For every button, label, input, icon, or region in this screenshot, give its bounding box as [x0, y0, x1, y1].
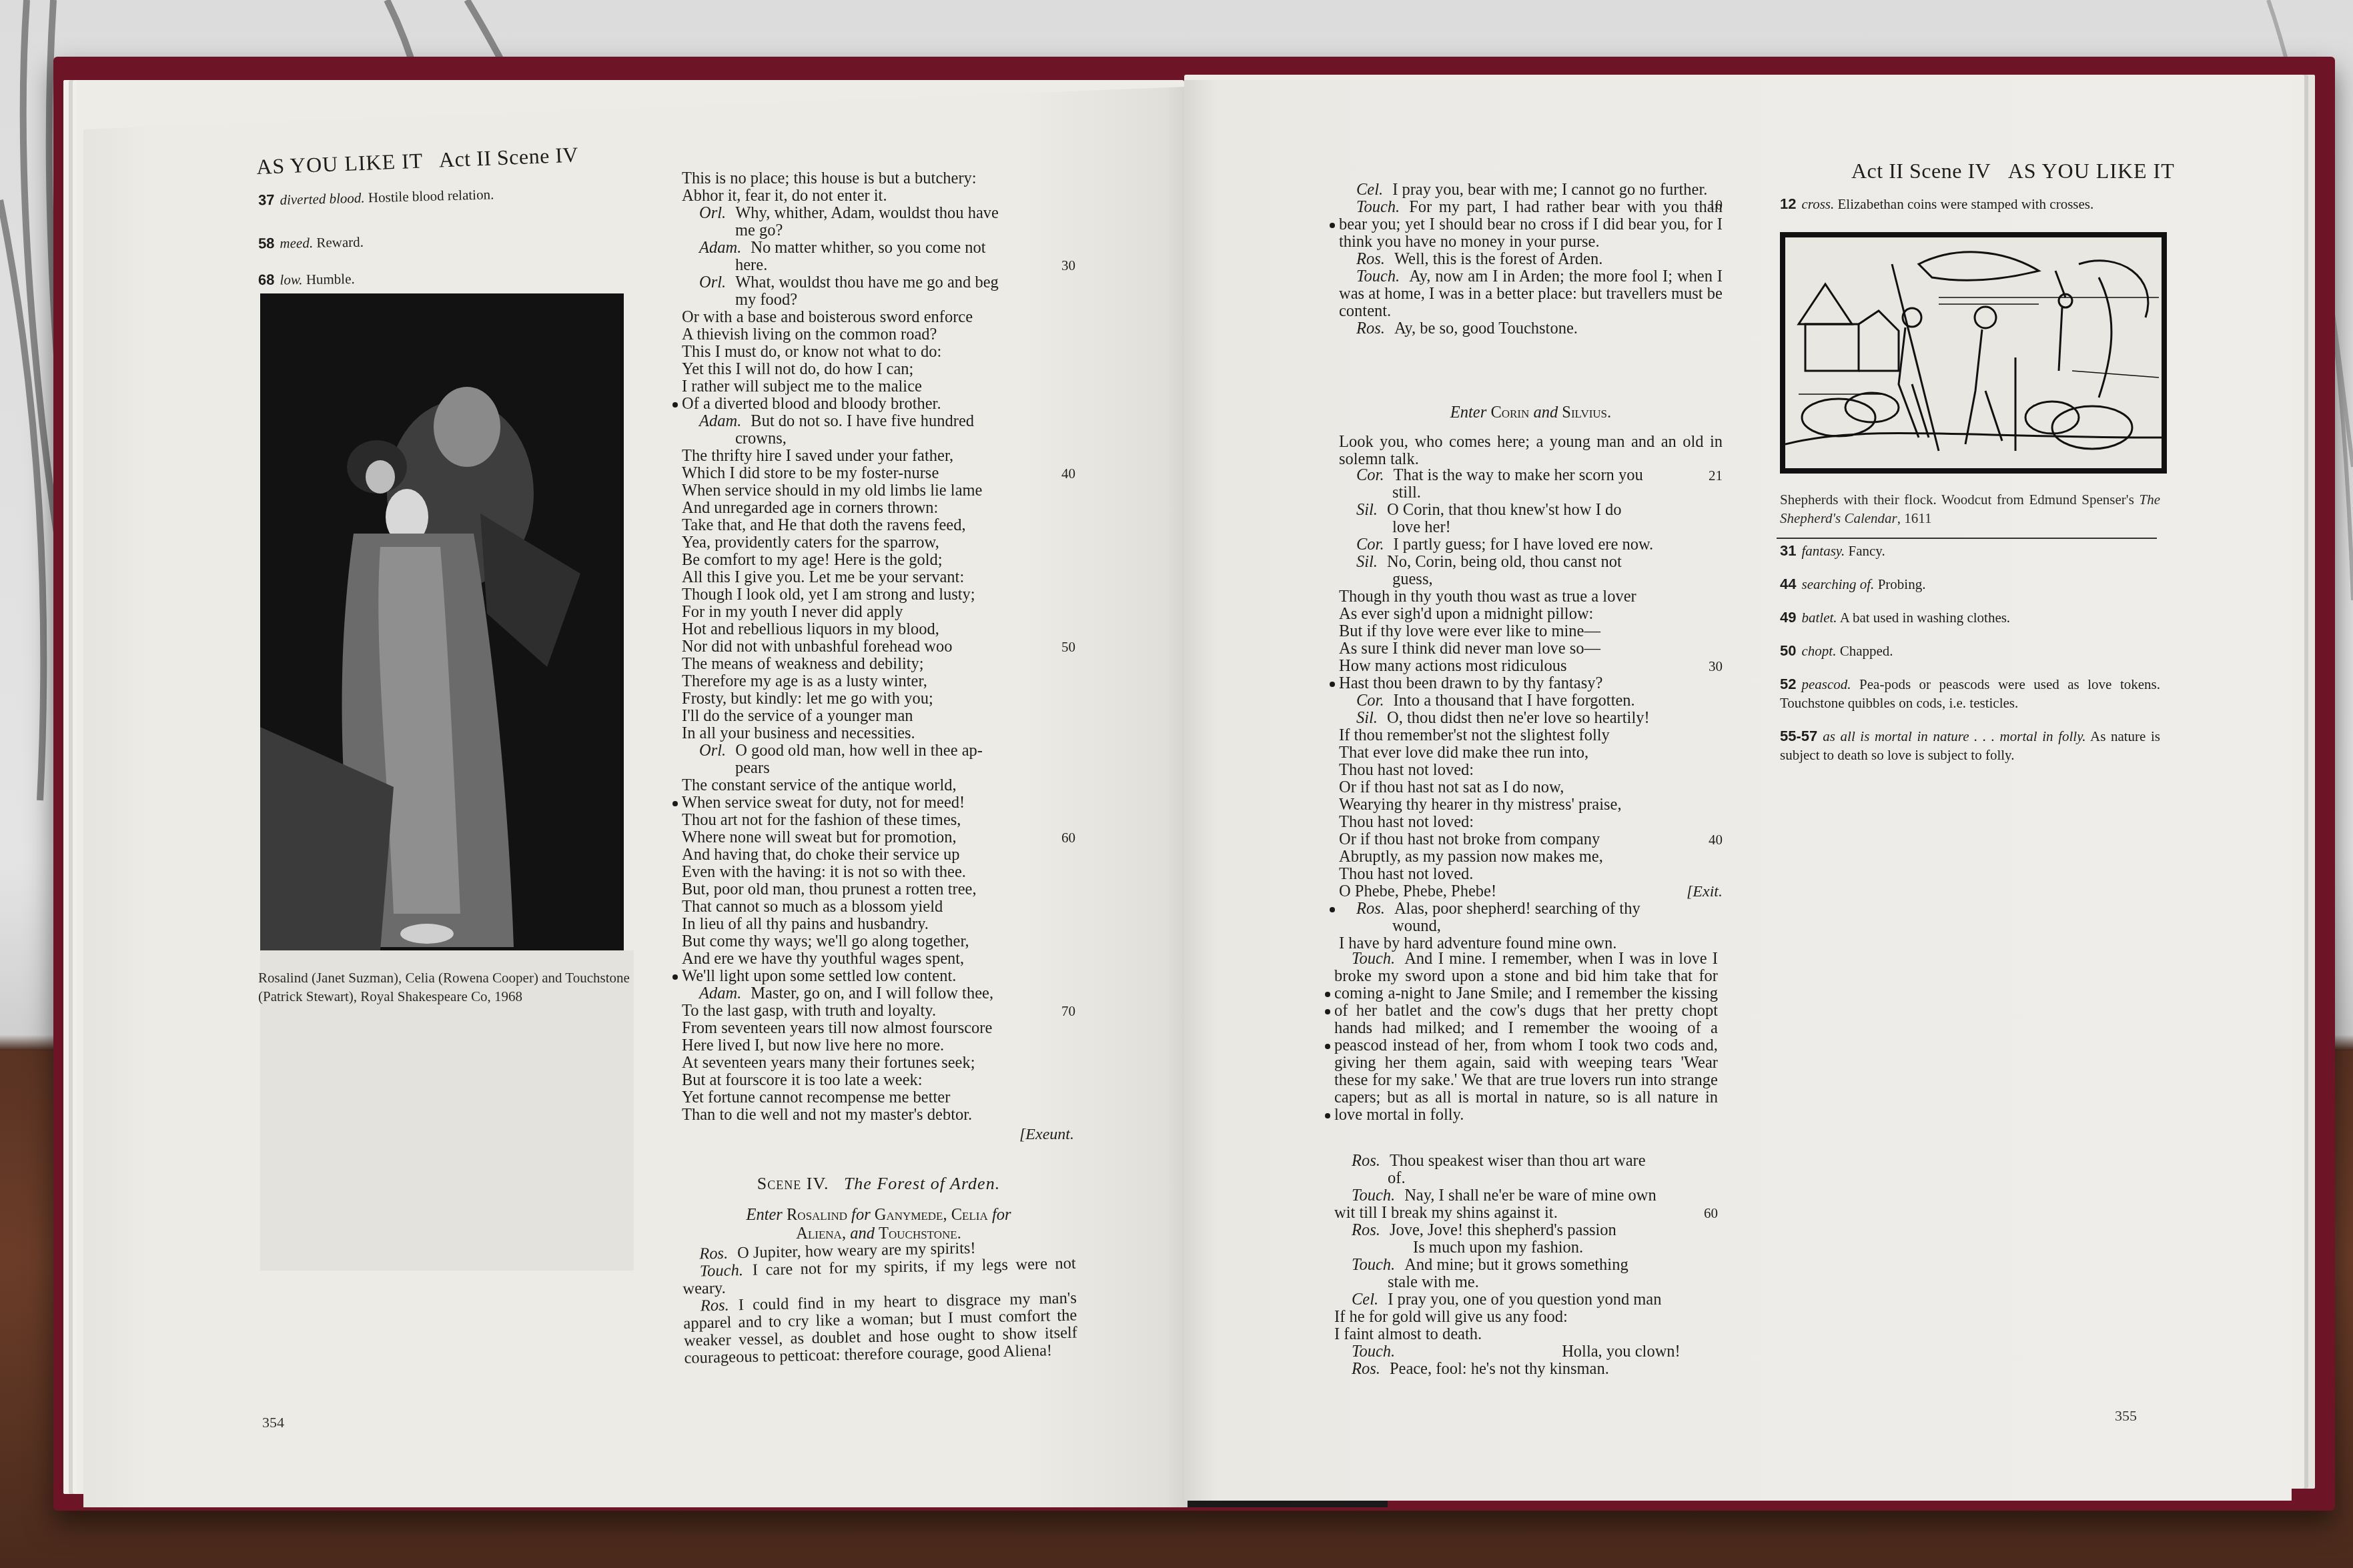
- note-text: Reward.: [313, 234, 364, 251]
- line-text: Into a thousand that I have forgotten.: [1394, 692, 1635, 710]
- annotation-bullet-icon: [1325, 992, 1330, 997]
- text-line: For in my youth I never did apply: [682, 604, 1075, 621]
- line-text: And I mine. I remember, when I was in lo…: [1334, 950, 1718, 1124]
- speaker-name: Adam.: [699, 239, 741, 257]
- text-line: Nor did not with unbashful forehead woo5…: [682, 638, 1075, 656]
- sd-word: for: [992, 1206, 1011, 1224]
- text-line: Ros.Peace, fool: he's not thy kinsman.: [1334, 1361, 1718, 1378]
- line-text: Thou hast not loved.: [1339, 865, 1473, 883]
- note-text: Humble.: [302, 271, 354, 287]
- text-line: But at fourscore it is too late a week:: [682, 1072, 1075, 1089]
- line-text: stale with me.: [1388, 1273, 1479, 1291]
- line-text: of.: [1388, 1169, 1406, 1187]
- speaker-name: Sil.: [1356, 709, 1378, 727]
- line-text: Well, this is the forest of Arden.: [1394, 250, 1602, 268]
- text-line: At seventeen years many their fortunes s…: [682, 1054, 1075, 1072]
- line-number: 70: [1061, 1002, 1075, 1020]
- text-line: All this I give you. Let me be your serv…: [682, 569, 1075, 586]
- speaker-name: Touch.: [1352, 1187, 1395, 1205]
- line-text: I could find in my heart to disgrace my …: [683, 1289, 1077, 1367]
- entrance-direction: Enter Rosalind for Ganymede, Celia for A…: [682, 1206, 1075, 1243]
- note-term: diverted blood.: [280, 189, 365, 207]
- text-line: Which I did store to be my foster-nurse4…: [682, 465, 1075, 482]
- speaker-name: Touch.: [1352, 950, 1395, 968]
- note-text: Fancy.: [1845, 543, 1885, 559]
- scene-four-text: Ros.O Jupiter, how weary are my spirits!…: [682, 1238, 1078, 1367]
- line-text: I partly guess; for I have loved ere now…: [1394, 536, 1654, 554]
- woodcut-illustration-icon: [1785, 237, 2162, 468]
- text-line: Ros.Thou speakest wiser than thou art wa…: [1334, 1152, 1718, 1170]
- woodcut-illustration: [1780, 232, 2167, 474]
- speaker-name: Ros.: [699, 1245, 728, 1263]
- text-line: In all your business and necessities.: [682, 725, 1075, 742]
- text-line: of.: [1334, 1170, 1718, 1187]
- line-text: But do not so. I have five hundred: [751, 412, 974, 430]
- exit-stage-direction: [Exit.: [1687, 883, 1723, 900]
- line-text: I pray you, bear with me; I cannot go no…: [1392, 181, 1707, 199]
- entrance-direction: Enter Corin and Silvius.: [1339, 404, 1723, 422]
- speaker-name: Sil.: [1356, 553, 1378, 571]
- text-line: That cannot so much as a blossom yield: [682, 898, 1075, 916]
- character-name: Aliena,: [796, 1225, 846, 1243]
- speaker-name: Touch.: [1356, 267, 1400, 285]
- line-text: Than to die well and not my master's deb…: [682, 1106, 972, 1124]
- line-text: At seventeen years many their fortunes s…: [682, 1054, 975, 1072]
- text-line: Yet fortune cannot recompense me better: [682, 1089, 1075, 1106]
- photo-caption: Rosalind (Janet Suzman), Celia (Rowena C…: [258, 968, 635, 1006]
- line-text: How many actions most ridiculous: [1339, 657, 1567, 675]
- text-line: Cel.I pray you, one of you question yond…: [1334, 1291, 1718, 1309]
- line-text: And unregarded age in corners thrown:: [682, 499, 938, 517]
- woodcut-caption: Shepherds with their flock. Woodcut from…: [1780, 490, 2160, 528]
- line-text: Why, whither, Adam, wouldst thou have: [735, 204, 999, 222]
- line-text: That is the way to make her scorn you: [1394, 466, 1643, 484]
- sd-word: for: [851, 1206, 871, 1224]
- line-text: Abhor it, fear it, do not enter it.: [682, 187, 887, 205]
- play-title: AS YOU LIKE IT: [2008, 159, 2175, 183]
- line-text: Thou hast not loved:: [1339, 761, 1474, 779]
- line-text: love her!: [1392, 518, 1451, 536]
- line-number: 10: [1709, 196, 1723, 213]
- text-line: Orl.What, wouldst thou have me go and be…: [682, 274, 1075, 291]
- note-text: Probing.: [1874, 576, 1925, 592]
- line-text: But, poor old man, thou prunest a rotten…: [682, 880, 977, 898]
- footnote: 49batlet. A bat used in washing clothes.: [1780, 608, 2160, 627]
- text-line: Frosty, but kindly: let me go with you;: [682, 690, 1075, 708]
- note-line-number: 55-57: [1780, 728, 1817, 744]
- text-line: Or if thou hast not broke from company40: [1339, 831, 1723, 848]
- text-line: Though I look old, yet I am strong and l…: [682, 586, 1075, 604]
- dialogue-line: Look you, who comes here; a young man an…: [1339, 434, 1723, 468]
- speaker-name: Orl.: [699, 204, 726, 222]
- note-term: searching of.: [1801, 576, 1874, 592]
- text-line: Than to die well and not my master's deb…: [682, 1106, 1075, 1124]
- text-line: To the last gasp, with truth and loyalty…: [682, 1002, 1075, 1020]
- sd-word: and: [1533, 404, 1558, 422]
- text-line: And unregarded age in corners thrown:: [682, 500, 1075, 517]
- line-text: The thrifty hire I saved under your fath…: [682, 447, 953, 465]
- line-text: Jove, Jove! this shepherd's passion: [1390, 1221, 1616, 1239]
- speaker-name: Touch.: [1356, 198, 1400, 216]
- text-line: Sil.O Corin, that thou knew'st how I do: [1339, 502, 1723, 519]
- scene-heading: Scene IV. The Forest of Arden.: [682, 1174, 1075, 1194]
- line-text: As sure I think did never man love so—: [1339, 640, 1600, 658]
- note-text: A bat used in washing clothes.: [1837, 610, 2011, 626]
- note-text: Hostile blood relation.: [364, 186, 494, 205]
- text-line: wit till I break my shins against it.60: [1334, 1205, 1718, 1222]
- text-line: The constant service of the antique worl…: [682, 777, 1075, 794]
- text-line: Hot and rebellious liquors in my blood,: [682, 621, 1075, 638]
- line-text: I'll do the service of a younger man: [682, 707, 913, 725]
- text-line: Touch.And mine; but it grows something: [1334, 1257, 1718, 1274]
- speaker-name: Ros.: [700, 1297, 729, 1315]
- annotation-bullet-icon: [1325, 1044, 1330, 1049]
- line-text: O Corin, that thou knew'st how I do: [1387, 501, 1621, 519]
- caption-year: , 1611: [1897, 510, 1932, 526]
- exit-stage-direction: [Exeunt.: [934, 1126, 1074, 1144]
- speaker-name: Adam.: [699, 984, 741, 1002]
- speaker-name: Touch.: [1352, 1256, 1395, 1274]
- line-text: Yet this I will not do, do how I can;: [682, 360, 913, 378]
- text-line: When service sweat for duty, not for mee…: [682, 794, 1075, 812]
- text-line: But if thy love were ever like to mine—: [1339, 623, 1723, 640]
- line-text: But at fourscore it is too late a week:: [682, 1071, 923, 1089]
- scene-number: Scene IV.: [757, 1174, 829, 1193]
- annotation-bullet-icon: [672, 402, 678, 408]
- line-text: I pray you, one of you question yond man: [1388, 1291, 1661, 1309]
- dialogue-line: Ros.Well, this is the forest of Arden.: [1339, 251, 1723, 268]
- line-text: All this I give you. Let me be your serv…: [682, 568, 964, 586]
- corin-prose: Look you, who comes here; a young man an…: [1339, 434, 1723, 468]
- line-text: Yet fortune cannot recompense me better: [682, 1088, 950, 1106]
- line-text: A thievish living on the common road?: [682, 325, 937, 343]
- line-number: 60: [1704, 1205, 1718, 1222]
- line-text: O, thou didst then ne'er love so heartil…: [1387, 709, 1650, 727]
- speaker-name: Cor.: [1356, 466, 1384, 484]
- annotation-bullet-icon: [1330, 907, 1335, 912]
- line-text: Take that, and He that doth the ravens f…: [682, 516, 966, 534]
- text-line: Where none will sweat but for promotion,…: [682, 829, 1075, 846]
- text-line: From seventeen years till now almost fou…: [682, 1020, 1075, 1037]
- line-text: Is much upon my fashion.: [1413, 1239, 1583, 1257]
- text-line: And ere we have thy youthful wages spent…: [682, 950, 1075, 968]
- line-text: What, wouldst thou have me go and beg: [735, 273, 999, 291]
- text-line: If he for gold will give us any food:: [1334, 1309, 1718, 1326]
- scene-location: The Forest of Arden.: [844, 1174, 1000, 1193]
- line-text: To the last gasp, with truth and loyalty…: [682, 1002, 936, 1020]
- touchstone-prose: Touch.And I mine. I remember, when I was…: [1334, 950, 1718, 1124]
- line-text: still.: [1392, 484, 1421, 502]
- line-text: Though I look old, yet I am strong and l…: [682, 586, 975, 604]
- text-line: This is no place; this house is but a bu…: [682, 170, 1075, 187]
- text-line: Thou hast not loved.: [1339, 866, 1723, 883]
- annotation-bullet-icon: [672, 974, 678, 980]
- right-notes-list: 31fantasy. Fancy.44searching of. Probing…: [1780, 542, 2160, 779]
- sd-word: Enter: [1450, 404, 1486, 422]
- page-number-left: 354: [262, 1414, 284, 1431]
- text-line: pears: [682, 760, 1075, 777]
- text-line: And having that, do choke their service …: [682, 846, 1075, 864]
- line-text: Holla, you clown!: [1562, 1343, 1681, 1361]
- line-text: my food?: [735, 291, 797, 309]
- text-line: Adam.No matter whither, so you come not: [682, 239, 1075, 257]
- line-text: Nor did not with unbashful forehead woo: [682, 638, 953, 656]
- line-text: Even with the having: it is not so with …: [682, 863, 966, 881]
- note-term: cross.: [1801, 196, 1834, 212]
- text-line: We'll light upon some settled low conten…: [682, 968, 1075, 985]
- caption-text: Shepherds with their flock. Woodcut from…: [1780, 492, 2140, 508]
- line-text: In lieu of all thy pains and husbandry.: [682, 915, 929, 933]
- line-number: 50: [1061, 638, 1075, 656]
- note-term: as all is mortal in nature . . . mortal …: [1823, 728, 2085, 744]
- text-line: Even with the having: it is not so with …: [682, 864, 1075, 881]
- footnote: 68low. Humble.: [258, 269, 355, 289]
- text-line: Cor.That is the way to make her scorn yo…: [1339, 467, 1723, 484]
- note-line-number: 50: [1780, 642, 1796, 659]
- footnote: 31fantasy. Fancy.: [1780, 542, 2160, 560]
- text-line: Abruptly, as my passion now makes me,: [1339, 848, 1723, 866]
- speaker-name: Ros.: [1356, 900, 1385, 918]
- right-text-column-top: Cel.I pray you, bear with me; I cannot g…: [1339, 181, 1723, 337]
- line-text: O Phebe, Phebe, Phebe!: [1339, 882, 1496, 900]
- speaker-name: Touch.: [700, 1261, 744, 1280]
- line-text: If he for gold will give us any food:: [1334, 1308, 1568, 1326]
- line-text: For in my youth I never did apply: [682, 603, 903, 621]
- line-text: Frosty, but kindly: let me go with you;: [682, 690, 933, 708]
- text-line: I faint almost to death.: [1334, 1326, 1718, 1343]
- text-line: How many actions most ridiculous30: [1339, 658, 1723, 675]
- character-name: Celia: [951, 1206, 988, 1224]
- text-line: Or if thou hast not sat as I do now,: [1339, 779, 1723, 796]
- text-line: This I must do, or know not what to do:: [682, 343, 1075, 361]
- note-line-number: 58: [258, 235, 275, 251]
- line-text: wit till I break my shins against it.: [1334, 1204, 1558, 1222]
- text-line: If thou remember'st not the slightest fo…: [1339, 727, 1723, 744]
- footnote: 12cross. Elizabethan coins were stamped …: [1780, 195, 2167, 213]
- note-line-number: 44: [1780, 576, 1796, 592]
- note-line-number: 52: [1780, 676, 1796, 692]
- line-number: 60: [1061, 829, 1075, 846]
- text-line: But come thy ways; we'll go along togeth…: [682, 933, 1075, 950]
- line-text: me go?: [735, 221, 783, 239]
- text-line: Or with a base and boisterous sword enfo…: [682, 309, 1075, 326]
- dialogue-line: Cel.I pray you, bear with me; I cannot g…: [1339, 181, 1723, 199]
- speaker-name: Ros.: [1356, 319, 1385, 337]
- speaker-name: Touch.: [1352, 1343, 1395, 1361]
- text-line: Cor.I partly guess; for I have loved ere…: [1339, 536, 1723, 554]
- dialogue-line: Ros.I could find in my heart to disgrace…: [683, 1290, 1078, 1367]
- footnote: 50chopt. Chapped.: [1780, 642, 2160, 660]
- line-text: Yea, providently caters for the sparrow,: [682, 534, 939, 552]
- annotation-bullet-icon: [1325, 1113, 1330, 1118]
- text-line: Take that, and He that doth the ravens f…: [682, 517, 1075, 534]
- character-name: Rosalind: [787, 1206, 847, 1224]
- text-line: Hast thou been drawn to by thy fantasy?: [1339, 675, 1723, 692]
- note-line-number: 37: [258, 191, 275, 209]
- line-text: And having that, do choke their service …: [682, 846, 959, 864]
- text-line: love her!: [1339, 519, 1723, 536]
- line-text: We'll light upon some settled low conten…: [682, 967, 956, 985]
- speaker-name: Ros.: [1352, 1152, 1380, 1170]
- line-text: In all your business and necessities.: [682, 724, 915, 742]
- page-number-right: 355: [2115, 1407, 2137, 1425]
- line-text: wound,: [1392, 917, 1441, 935]
- footnote: 44searching of. Probing.: [1780, 575, 2160, 594]
- text-line: The means of weakness and debility;: [682, 656, 1075, 673]
- line-text: No, Corin, being old, thou canst not: [1387, 553, 1622, 571]
- line-text: Thou hast not loved:: [1339, 813, 1474, 831]
- note-term: fantasy.: [1801, 543, 1845, 559]
- text-line: Thou hast not loved:: [1339, 814, 1723, 831]
- line-text: Be comfort to my age! Here is the gold;: [682, 551, 943, 569]
- line-number: 40: [1709, 831, 1723, 848]
- speaker-name: Cor.: [1356, 692, 1384, 710]
- text-line: Adam.Master, go on, and I will follow th…: [682, 985, 1075, 1002]
- character-name: Corin: [1490, 404, 1529, 422]
- line-text: O good old man, how well in thee ap-: [735, 742, 983, 760]
- sd-word: Enter: [746, 1206, 782, 1224]
- text-line: Of a diverted blood and bloody brother.: [682, 396, 1075, 413]
- sd-word: and: [850, 1225, 875, 1243]
- line-text: But come thy ways; we'll go along togeth…: [682, 932, 969, 950]
- line-text: No matter whither, so you come not: [751, 239, 985, 257]
- text-line: Here lived I, but now live here no more.: [682, 1037, 1075, 1054]
- character-name: Silvius.: [1562, 404, 1611, 422]
- line-text: This is no place; this house is but a bu…: [682, 169, 977, 187]
- annotation-bullet-icon: [1325, 1009, 1330, 1014]
- footnote: 58meed. Reward.: [258, 233, 364, 253]
- line-text: Where none will sweat but for promotion,: [682, 828, 957, 846]
- text-line: O Phebe, Phebe, Phebe![Exit.: [1339, 883, 1723, 900]
- note-text: Chapped.: [1836, 643, 1893, 659]
- line-text: That cannot so much as a blossom yield: [682, 898, 943, 916]
- text-line: me go?: [682, 222, 1075, 239]
- line-text: As ever sigh'd upon a midnight pillow:: [1339, 605, 1593, 623]
- text-line: But, poor old man, thou prunest a rotten…: [682, 881, 1075, 898]
- line-text: This I must do, or know not what to do:: [682, 343, 941, 361]
- line-text: guess,: [1392, 570, 1433, 588]
- text-line: That ever love did make thee run into,: [1339, 744, 1723, 762]
- text-line: As ever sigh'd upon a midnight pillow:: [1339, 606, 1723, 623]
- line-number: 21: [1709, 467, 1723, 484]
- dialogue-line: Touch.And I mine. I remember, when I was…: [1334, 950, 1718, 1124]
- text-line: Sil.No, Corin, being old, thou canst not: [1339, 554, 1723, 571]
- text-line: my food?: [682, 291, 1075, 309]
- act-scene-label: Act II Scene IV: [1851, 159, 1991, 183]
- text-line: Orl.Why, whither, Adam, wouldst thou hav…: [682, 205, 1075, 222]
- text-line: Sil.O, thou didst then ne'er love so hea…: [1339, 710, 1723, 727]
- dialogue-line: Ros.Ay, be so, good Touchstone.: [1339, 320, 1723, 337]
- text-line: In lieu of all thy pains and husbandry.: [682, 916, 1075, 933]
- dialogue-line: Touch.For my part, I had rather bear wit…: [1339, 199, 1723, 251]
- speaker-name: Orl.: [699, 742, 726, 760]
- text-line: wound,: [1339, 918, 1723, 935]
- line-text: Wearying thy hearer in thy mistress' pra…: [1339, 796, 1622, 814]
- text-line: Ros.Jove, Jove! this shepherd's passion: [1334, 1222, 1718, 1239]
- caption-divider: [1777, 538, 2157, 539]
- line-text: If thou remember'st not the slightest fo…: [1339, 726, 1610, 744]
- line-text: That ever love did make thee run into,: [1339, 744, 1588, 762]
- line-text: Though in thy youth thou wast as true a …: [1339, 588, 1636, 606]
- line-text: Abruptly, as my passion now makes me,: [1339, 848, 1603, 866]
- left-text-column: This is no place; this house is but a bu…: [682, 170, 1075, 1124]
- text-line: Touch.Holla, you clown!: [1334, 1343, 1718, 1361]
- line-text: Or if thou hast not broke from company: [1339, 830, 1600, 848]
- line-text: Of a diverted blood and bloody brother.: [682, 395, 941, 413]
- text-line: here.30: [682, 257, 1075, 274]
- note-term: peascod.: [1801, 676, 1851, 692]
- note-line-number: 49: [1780, 609, 1796, 626]
- note-line-number: 68: [258, 271, 275, 288]
- speaker-name: Cel.: [1352, 1291, 1378, 1309]
- line-text: Thou art not for the fashion of these ti…: [682, 811, 961, 829]
- speaker-name: Sil.: [1356, 501, 1378, 519]
- text-line: Ros.Alas, poor shepherd! searching of th…: [1339, 900, 1723, 918]
- line-text: But if thy love were ever like to mine—: [1339, 622, 1600, 640]
- speaker-name: Ros.: [1352, 1221, 1380, 1239]
- footnote: 55-57as all is mortal in nature . . . mo…: [1780, 727, 2160, 764]
- line-text: I rather will subject me to the malice: [682, 377, 922, 396]
- text-line: Wearying thy hearer in thy mistress' pra…: [1339, 796, 1723, 814]
- line-text: Hast thou been drawn to by thy fantasy?: [1339, 674, 1602, 692]
- text-line: Thou art not for the fashion of these ti…: [682, 812, 1075, 829]
- line-text: When service should in my old limbs lie …: [682, 482, 982, 500]
- annotation-bullet-icon: [672, 801, 678, 806]
- note-term: low.: [280, 271, 302, 287]
- text-line: Orl.O good old man, how well in thee ap-: [682, 742, 1075, 760]
- note-term: batlet.: [1801, 610, 1837, 626]
- text-line: I rather will subject me to the malice: [682, 378, 1075, 396]
- line-text: Or if thou hast not sat as I do now,: [1339, 778, 1564, 796]
- character-name: Ganymede,: [875, 1206, 947, 1224]
- line-text: Here lived I, but now live here no more.: [682, 1036, 944, 1054]
- line-text: And mine; but it grows something: [1404, 1256, 1628, 1274]
- note-term: chopt.: [1801, 643, 1836, 659]
- text-line: Though in thy youth thou wast as true a …: [1339, 588, 1723, 606]
- production-photograph: [260, 293, 624, 950]
- annotation-bullet-icon: [1330, 682, 1335, 687]
- line-text: Nay, I shall ne'er be ware of mine own: [1404, 1187, 1657, 1205]
- dialogue-line: Touch.Ay, now am I in Arden; the more fo…: [1339, 268, 1723, 320]
- text-line: stale with me.: [1334, 1274, 1718, 1291]
- speaker-name: Cor.: [1356, 536, 1384, 554]
- speaker-name: Cel.: [1356, 181, 1383, 199]
- text-line: crowns,: [682, 430, 1075, 448]
- line-text: The constant service of the antique worl…: [682, 776, 957, 794]
- line-text: Thou speakest wiser than thou art ware: [1390, 1152, 1646, 1170]
- speaker-name: Orl.: [699, 273, 726, 291]
- line-text: The means of weakness and debility;: [682, 655, 924, 673]
- text-line: guess,: [1339, 571, 1723, 588]
- text-line: Yea, providently caters for the sparrow,: [682, 534, 1075, 552]
- line-text: pears: [735, 759, 770, 777]
- text-line: Be comfort to my age! Here is the gold;: [682, 552, 1075, 569]
- text-line: The thrifty hire I saved under your fath…: [682, 448, 1075, 465]
- line-number: 40: [1061, 465, 1075, 482]
- right-running-head: Act II Scene IV AS YOU LIKE IT: [1851, 159, 2175, 183]
- text-line: Yet this I will not do, do how I can;: [682, 361, 1075, 378]
- text-line: still.: [1339, 484, 1723, 502]
- line-text: Therefore my age is as a lusty winter,: [682, 672, 927, 690]
- note-text: Elizabethan coins were stamped with cros…: [1834, 196, 2093, 212]
- line-text: I faint almost to death.: [1334, 1325, 1482, 1343]
- text-line: Adam.But do not so. I have five hundred: [682, 413, 1075, 430]
- text-line: Cor.Into a thousand that I have forgotte…: [1339, 692, 1723, 710]
- line-text: here.: [735, 256, 767, 274]
- speaker-name: Adam.: [699, 412, 741, 430]
- line-text: Alas, poor shepherd! searching of thy: [1394, 900, 1640, 918]
- text-line: Abhor it, fear it, do not enter it.: [682, 187, 1075, 205]
